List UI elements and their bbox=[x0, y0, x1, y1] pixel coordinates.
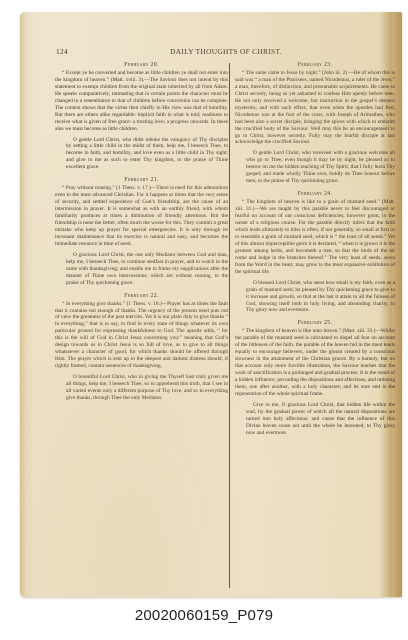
column-rule bbox=[229, 63, 230, 588]
entry-prayer: Give to me, O gracious Lord Christ, that… bbox=[246, 402, 395, 437]
entry-date: February 23. bbox=[235, 62, 395, 69]
entry-date: February 20. bbox=[55, 62, 228, 69]
left-column: February 20. “ Except ye be converted an… bbox=[55, 62, 228, 408]
entry-feb-20: February 20. “ Except ye be converted an… bbox=[55, 62, 228, 171]
entry-date: February 21. bbox=[55, 177, 228, 184]
entry-text: “ Pray without ceasing.” (1 Thess. v. 17… bbox=[55, 185, 228, 248]
running-head: DAILY THOUGHTS OF CHRIST. bbox=[56, 47, 396, 56]
entry-date: February 22. bbox=[55, 293, 228, 300]
page-header: 124 DAILY THOUGHTS OF CHRIST. bbox=[56, 47, 396, 59]
entry-text: “ In everything give thanks.” (1 Thess. … bbox=[55, 301, 228, 371]
entry-feb-23: February 23. “ The same came to Jesus by… bbox=[235, 62, 395, 185]
image-caption: 20020060159_P079 bbox=[0, 607, 408, 624]
right-column: February 23. “ The same came to Jesus by… bbox=[235, 62, 395, 443]
entry-feb-25: February 25. “ The kingdom of heaven is … bbox=[235, 320, 395, 436]
entry-text: “ The same came to Jesus by night.” (Joh… bbox=[235, 70, 395, 146]
book-page: 124 DAILY THOUGHTS OF CHRIST. February 2… bbox=[20, 12, 402, 597]
entry-prayer: O gracious Lord Christ, the one only Med… bbox=[66, 252, 228, 287]
entry-date: February 24. bbox=[235, 191, 395, 198]
entry-text: “ Except ye be converted and become as l… bbox=[55, 70, 228, 133]
entry-feb-24: February 24. “ The kingdom of heaven is … bbox=[235, 191, 395, 314]
entry-prayer: O bountiful Lord Christ, who in giving m… bbox=[66, 374, 228, 402]
entry-prayer: O gentle Lord Christ, who didst rebuke t… bbox=[66, 137, 228, 172]
entry-feb-22: February 22. “ In everything give thanks… bbox=[55, 293, 228, 402]
entry-text: “ The kingdom of heaven is like unto lea… bbox=[235, 328, 395, 398]
entry-text: “ The kingdom of heaven is like to a gra… bbox=[235, 199, 395, 275]
entry-prayer: O blessed Lord Christ, who seest how sma… bbox=[246, 280, 395, 315]
entry-feb-21: February 21. “ Pray without ceasing.” (1… bbox=[55, 177, 228, 286]
entry-prayer: O gentle Lord Christ, who receivest with… bbox=[246, 150, 395, 185]
entry-date: February 25. bbox=[235, 320, 395, 327]
